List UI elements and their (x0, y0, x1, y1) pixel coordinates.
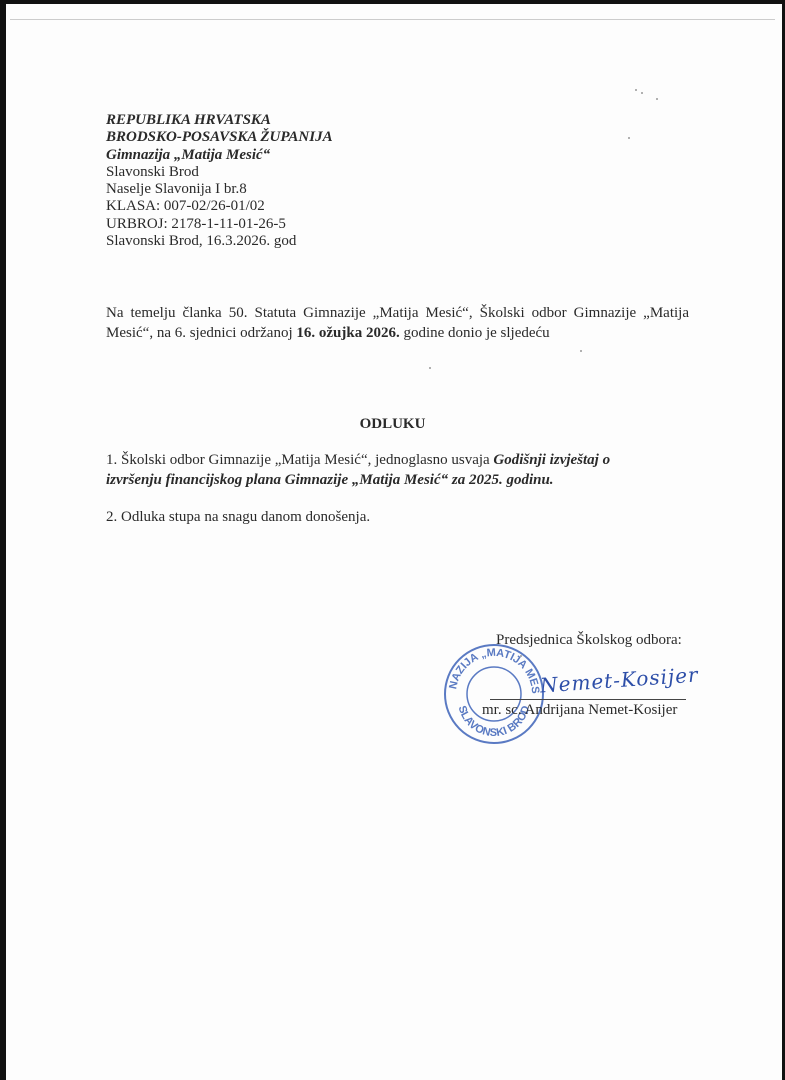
scan-speck (635, 89, 637, 91)
scan-speck (628, 137, 630, 139)
decision-title: ODLUKU (0, 416, 785, 433)
decision-item-1: 1. Školski odbor Gimnazije „Matija Mesić… (106, 450, 666, 490)
intro-paragraph: Na temelju članka 50. Statuta Gimnazije … (106, 303, 689, 343)
intro-date: 16. ožujka 2026. (296, 325, 399, 341)
school-stamp-icon: GIMNAZIJA „MATIJA MESIĆ“ SLAVONSKI BROD (442, 642, 546, 746)
header-klasa: KLASA: 007-02/26-01/02 (106, 198, 333, 215)
svg-text:GIMNAZIJA „MATIJA MESIĆ“: GIMNAZIJA „MATIJA MESIĆ“ (442, 642, 541, 694)
scan-artifact-line (10, 19, 775, 20)
item1-text: 1. Školski odbor Gimnazije „Matija Mesić… (106, 452, 493, 468)
header-address: Naselje Slavonija I br.8 (106, 181, 333, 198)
scan-border-top (0, 0, 785, 4)
handwritten-signature: Nemet-Kosijer (539, 662, 699, 697)
scan-border-left (0, 0, 6, 1080)
header-place-date: Slavonski Brod, 16.3.2026. god (106, 233, 333, 250)
header-country: REPUBLIKA HRVATSKA (106, 112, 333, 129)
scan-speck (429, 367, 431, 369)
scan-speck (641, 92, 643, 94)
decision-item-2: 2. Odluka stupa na snagu danom donošenja… (106, 509, 370, 526)
scan-speck (580, 350, 582, 352)
signature-line (490, 699, 686, 700)
header-city: Slavonski Brod (106, 164, 333, 181)
header-urbroj: URBROJ: 2178-1-11-01-26-5 (106, 216, 333, 233)
signatory-name: mr. sc. Andrijana Nemet-Kosijer (482, 702, 677, 719)
intro-text-after: godine donio je sljedeću (400, 325, 550, 341)
header-county: BRODSKO-POSAVSKA ŽUPANIJA (106, 129, 333, 146)
scan-speck (520, 655, 522, 657)
letterhead: REPUBLIKA HRVATSKA BRODSKO-POSAVSKA ŽUPA… (106, 112, 333, 250)
header-school: Gimnazija „Matija Mesić“ (106, 147, 333, 164)
scan-speck (656, 98, 658, 100)
